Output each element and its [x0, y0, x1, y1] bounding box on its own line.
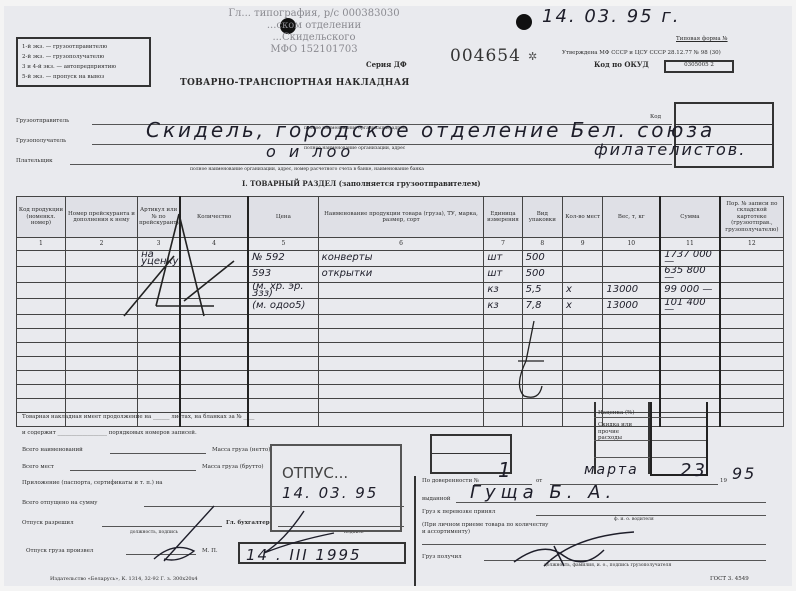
table-cell [720, 343, 784, 357]
table-cell [248, 399, 318, 413]
table-cell: 7,8 [522, 299, 562, 315]
table-cell [603, 385, 660, 399]
table-cell: 635 800 — [660, 267, 719, 283]
table-cell [660, 385, 719, 399]
table-cell [603, 251, 660, 267]
series-label: Серия ДФ [366, 61, 407, 69]
contains-text: и содержит __________________ порядковых… [22, 430, 197, 437]
punch-hole-right [516, 14, 532, 30]
power-attorney-day: 23 [680, 460, 707, 481]
table-cell [484, 413, 522, 427]
released-by-label: Отпуск груза произвел [26, 548, 93, 555]
table-cell [17, 329, 66, 343]
approval-text: Утверждена МФ СССР и ЦСУ СССР 28.12.77 №… [562, 50, 782, 57]
table-cell [248, 371, 318, 385]
table-cell: открытки [318, 267, 484, 283]
table-cell [562, 371, 602, 385]
gear-icon: ✲ [528, 50, 537, 63]
table-cell [603, 371, 660, 385]
released-sum-label: Всего отпущено на сумму [22, 500, 97, 507]
power-attorney-year: 95 [732, 464, 756, 483]
table-row [17, 343, 784, 357]
table-cell [17, 385, 66, 399]
table-cell: 13000 [603, 299, 660, 315]
table-cell [660, 329, 719, 343]
copies-line: 5-й экз. — пропуск на вывоз [22, 72, 145, 82]
table-cell [720, 315, 784, 329]
table-cell [562, 251, 602, 267]
table-cell [562, 343, 602, 357]
table-row [17, 385, 784, 399]
col-header: Наименование продукции товара (груза), Т… [318, 197, 484, 238]
consignee-handwritten-cont: филателистов. [594, 140, 746, 159]
table-row [17, 357, 784, 371]
driver-name-hint: ф. и. о. водителя [614, 517, 654, 524]
form-label: Типовая форма № [676, 36, 728, 43]
table-cell [562, 329, 602, 343]
table-cell [562, 385, 602, 399]
table-cell [720, 267, 784, 283]
total-places-label: Всего мест [22, 464, 54, 471]
table-cell [318, 315, 484, 329]
table-cell: 5,5 [522, 283, 562, 299]
table-cell [138, 385, 180, 399]
table-cell [138, 343, 180, 357]
table-cell [138, 357, 180, 371]
copies-line: 1-й экз. — грузоотправителю [22, 42, 145, 52]
table-cell [720, 283, 784, 299]
table-cell [318, 385, 484, 399]
consignee-label: Грузополучатель [16, 138, 66, 145]
okud-label: Код по ОКУД [594, 61, 649, 69]
mass-gross-label: Масса груза (брутто) [202, 464, 264, 471]
table-cell: конверты [318, 251, 484, 267]
cargo-accepted-label: Груз к перевозке принял [422, 509, 495, 516]
attachment-label: Приложение (паспорта, сертификаты и т. п… [22, 480, 163, 487]
table-cell [17, 267, 66, 283]
table-cell [603, 315, 660, 329]
table-cell [248, 357, 318, 371]
table-cell: 1737 000 — [660, 251, 719, 267]
continuation-text: Товарная накладная имеет продолжение на … [22, 414, 254, 421]
table-cell: кз [484, 283, 522, 299]
copies-line: 3 и 4-й экз. — автопредприятию [22, 62, 145, 72]
col-header: Единица измерения [484, 197, 522, 238]
table-cell: 101 400 — [660, 299, 719, 315]
table-cell: шт [484, 251, 522, 267]
table-cell [65, 399, 137, 413]
handwritten-date: 14. 03. 95 г. [542, 6, 681, 27]
table-cell [17, 343, 66, 357]
table-cell: 500 [522, 251, 562, 267]
col-header: Вес, т, кг [603, 197, 660, 238]
table-cell [720, 399, 784, 413]
section-title: I. ТОВАРНЫЙ РАЗДЕЛ (заполняется грузоотп… [242, 180, 481, 188]
col-header: Сумма [660, 197, 719, 238]
table-cell [720, 329, 784, 343]
col-header: Пор. № записи по складской картотеке (гр… [720, 197, 784, 238]
issued-to-name: Гуща Б. А. [470, 482, 616, 503]
copies-distribution-box: 1-й экз. — грузоотправителю 2-й экз. — г… [16, 37, 151, 87]
power-attorney-number: 1 [498, 458, 513, 482]
table-cell [603, 357, 660, 371]
table-cell: кз [484, 299, 522, 315]
table-cell [603, 267, 660, 283]
table-cell [562, 267, 602, 283]
col-header: Вид упаковки [522, 197, 562, 238]
table-cell [17, 251, 66, 267]
table-cell [562, 357, 602, 371]
table-cell [65, 371, 137, 385]
table-cell [660, 371, 719, 385]
table-cell [318, 329, 484, 343]
table-cell [17, 399, 66, 413]
document-number: 004654 [450, 46, 521, 66]
table-cell [248, 385, 318, 399]
table-cell [318, 283, 484, 299]
table-cell [180, 399, 248, 413]
col-header: Кол-во мест [562, 197, 602, 238]
table-cell [660, 315, 719, 329]
table-cell: 13000 [603, 283, 660, 299]
discount-label: Скидка или прочие расходы [598, 422, 644, 442]
mass-net-label: Масса груза (нетто) [212, 447, 270, 454]
table-cell: 500 [522, 267, 562, 283]
power-attorney-month: марта [584, 462, 639, 478]
consignee-handwritten: Скидель, городское отделение Бел. союза [146, 118, 715, 142]
table-cell [603, 343, 660, 357]
shipper-label: Грузоотправитель [16, 118, 69, 125]
publisher-info: Издательство «Беларусь», К. 1314, 32-92 … [50, 576, 198, 583]
issued-label: выданной [422, 496, 450, 503]
total-items-label: Всего наименований [22, 447, 83, 454]
table-cell [660, 343, 719, 357]
cargo-received-label: Груз получил [422, 554, 462, 561]
gost-label: ГОСТ 3. 4549 [710, 576, 749, 583]
table-cell [17, 283, 66, 299]
table-cell [180, 357, 248, 371]
table-cell [248, 343, 318, 357]
release-allowed-label: Отпуск разрешил [22, 520, 74, 527]
table-cell [720, 413, 784, 427]
table-cell [17, 299, 66, 315]
table-cell [720, 385, 784, 399]
okud-code-box: 0305005 2 [664, 60, 734, 73]
signature-marks [144, 501, 364, 571]
col-header: Код продукции (номенкл. номер) [17, 197, 66, 238]
table-cell [318, 357, 484, 371]
table-cell [720, 371, 784, 385]
table-cell [65, 385, 137, 399]
table-cell [180, 385, 248, 399]
table-cell: х [562, 299, 602, 315]
table-cell: х [562, 283, 602, 299]
table-cell [720, 299, 784, 315]
payer-hint: полное наименование организации, адрес, … [190, 167, 424, 174]
scribble-marks [104, 206, 264, 336]
table-cell [660, 357, 719, 371]
table-cell [180, 371, 248, 385]
table-cell [603, 329, 660, 343]
document-title: ТОВАРНО-ТРАНСПОРТНАЯ НАКЛАДНАЯ [180, 78, 410, 88]
table-cell [138, 371, 180, 385]
table-cell: шт [484, 267, 522, 283]
table-cell [248, 413, 318, 427]
year-label: 19 [720, 478, 727, 485]
waybill-document: 1-й экз. — грузоотправителю 2-й экз. — г… [4, 6, 792, 586]
table-cell [318, 299, 484, 315]
scribble-mark [504, 316, 554, 406]
table-cell [17, 315, 66, 329]
markup-label: Наценка (%) [598, 410, 635, 417]
recipient-position-hint: должность, фамилия, и. о., подпись грузо… [544, 563, 671, 570]
table-cell [17, 371, 66, 385]
payer-handwritten: о и лоо [266, 142, 354, 161]
table-cell: 99 000 — [660, 283, 719, 299]
table-cell [318, 343, 484, 357]
table-cell [180, 343, 248, 357]
table-cell [318, 371, 484, 385]
copies-line: 2-й экз. — грузополучателю [22, 52, 145, 62]
table-cell [720, 251, 784, 267]
table-cell [65, 343, 137, 357]
table-cell [720, 357, 784, 371]
table-cell [318, 413, 484, 427]
table-cell [17, 357, 66, 371]
table-cell [562, 315, 602, 329]
table-row [17, 371, 784, 385]
table-cell [522, 413, 562, 427]
table-cell [318, 399, 484, 413]
table-cell [65, 357, 137, 371]
table-cell [138, 399, 180, 413]
payer-label: Плательщик [16, 158, 53, 165]
bank-stamp: Гл... типография, р/с 000383030 ...ском … [184, 8, 444, 56]
